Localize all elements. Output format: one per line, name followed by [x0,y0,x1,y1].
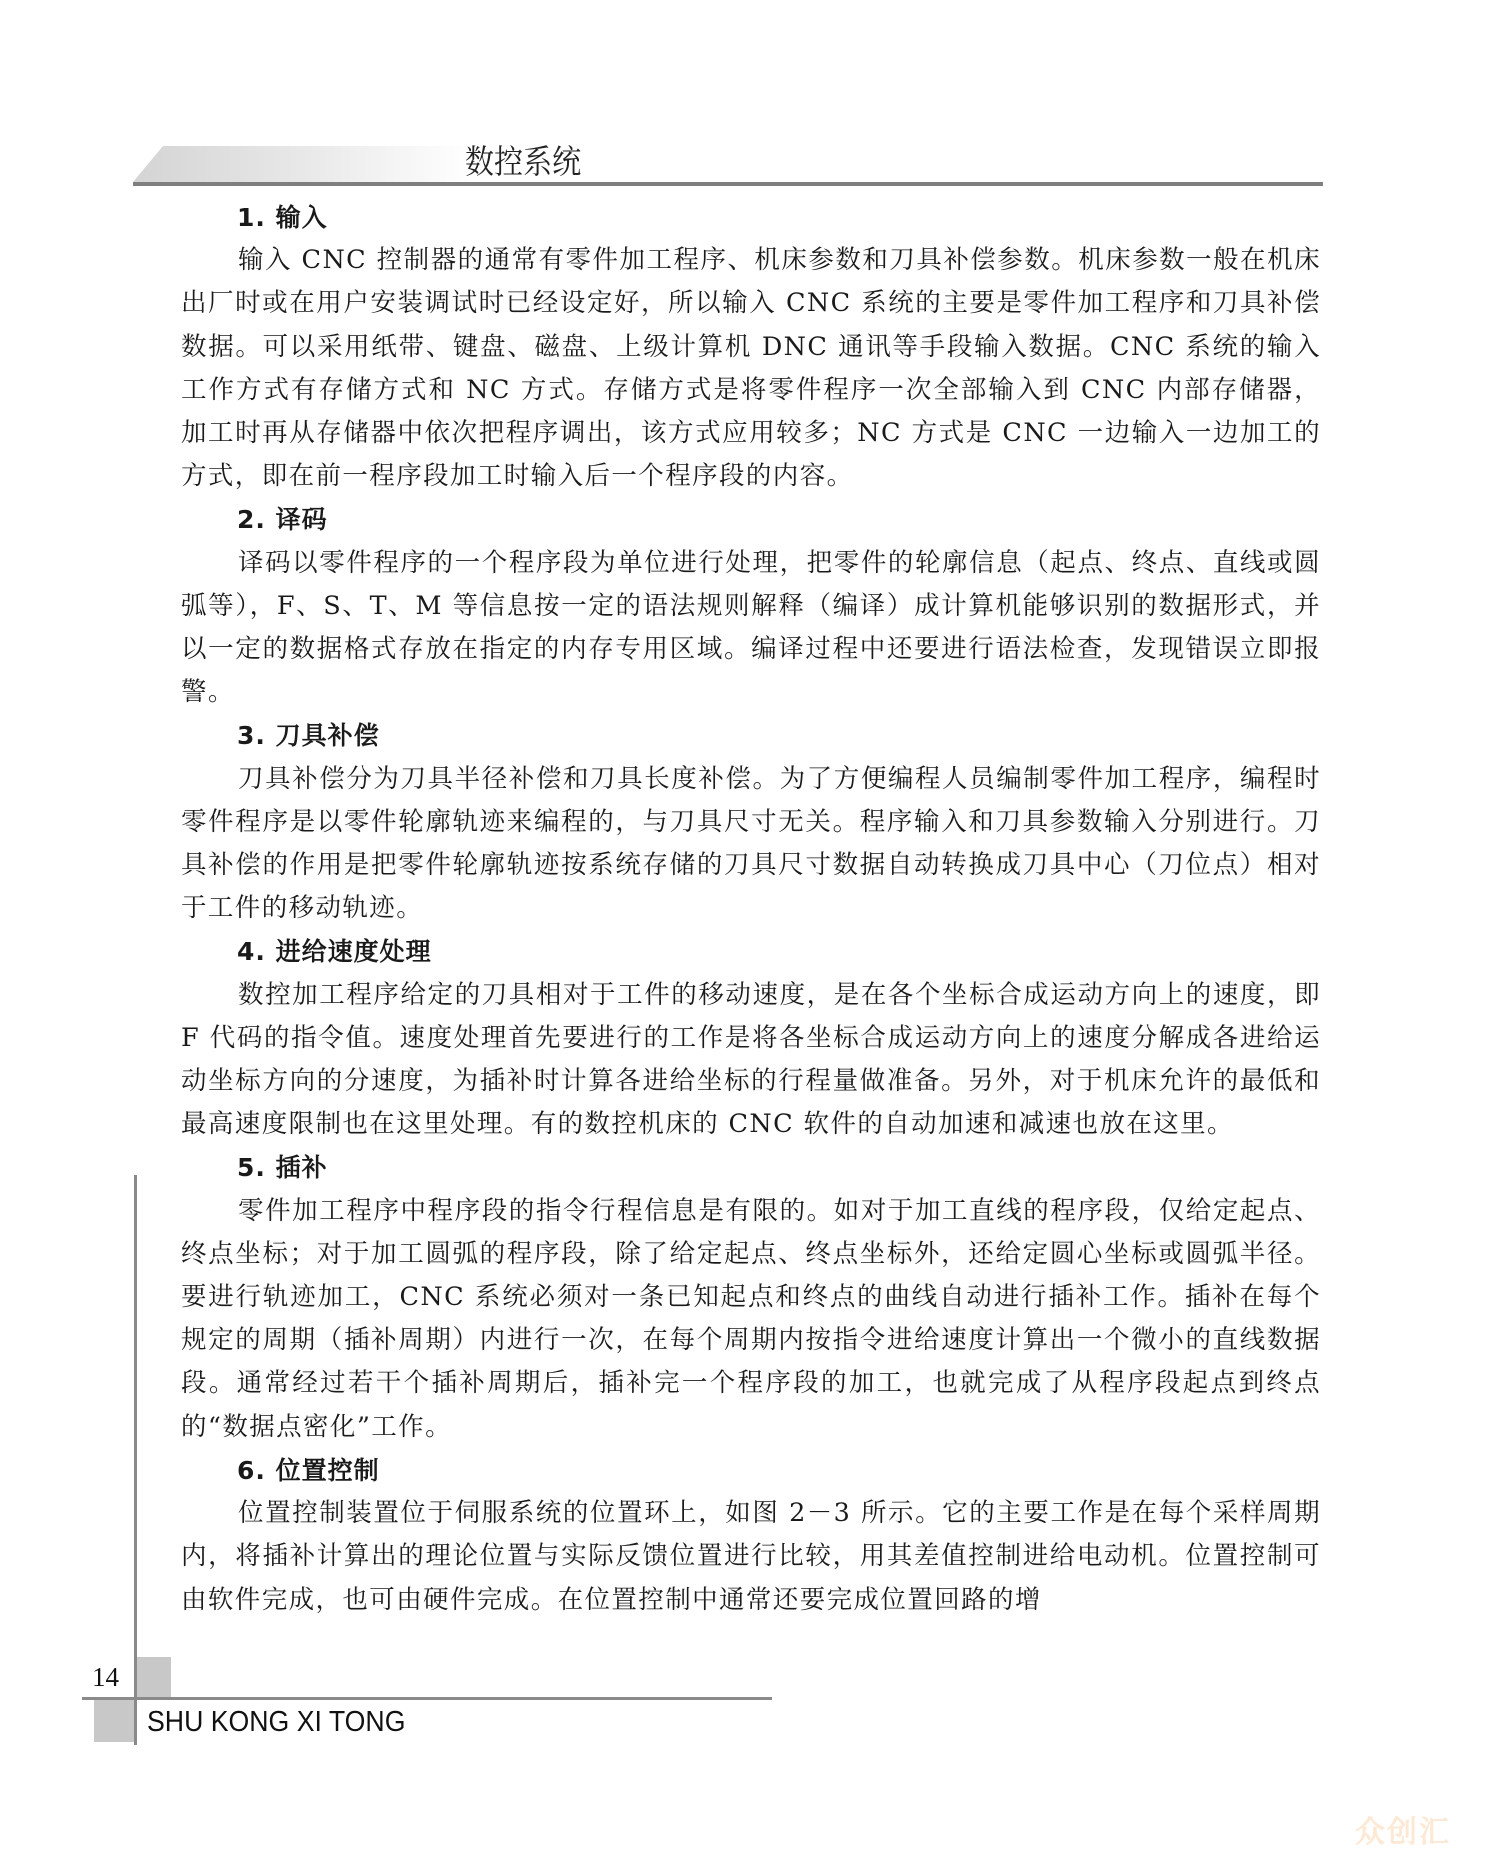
watermark-logo: 众创汇 [1355,1815,1451,1851]
section-paragraph: 译码以零件程序的一个程序段为单位进行处理，把零件的轮廓信息（起点、终点、直线或圆… [181,542,1321,715]
footer-decorative-square [137,1657,171,1697]
section-decoding: 2. 译码 译码以零件程序的一个程序段为单位进行处理，把零件的轮廓信息（起点、终… [181,498,1321,714]
section-heading: 2. 译码 [181,498,1321,541]
section-position-control: 6. 位置控制 位置控制装置位于伺服系统的位置环上，如图 2－3 所示。它的主要… [181,1449,1321,1622]
section-paragraph: 输入 CNC 控制器的通常有零件加工程序、机床参数和刀具补偿参数。机床参数一般在… [181,239,1321,498]
section-paragraph: 位置控制装置位于伺服系统的位置环上，如图 2－3 所示。它的主要工作是在每个采样… [181,1492,1321,1622]
running-header-title: 数控系统 [465,142,581,182]
section-heading: 4. 进给速度处理 [181,930,1321,973]
section-heading: 6. 位置控制 [181,1449,1321,1492]
footer-book-title: SHU KONG XI TONG [147,1702,405,1742]
page-number: 14 [92,1659,119,1695]
section-tool-compensation: 3. 刀具补偿 刀具补偿分为刀具半径补偿和刀具长度补偿。为了方便编程人员编制零件… [181,714,1321,930]
section-heading: 5. 插补 [181,1146,1321,1189]
footer-rule [82,1697,772,1700]
header-rule [133,182,1323,186]
section-heading: 1. 输入 [181,196,1321,239]
section-heading: 3. 刀具补偿 [181,714,1321,757]
page-body: 1. 输入 输入 CNC 控制器的通常有零件加工程序、机床参数和刀具补偿参数。机… [181,196,1321,1622]
section-input: 1. 输入 输入 CNC 控制器的通常有零件加工程序、机床参数和刀具补偿参数。机… [181,196,1321,498]
section-paragraph: 零件加工程序中程序段的指令行程信息是有限的。如对于加工直线的程序段，仅给定起点、… [181,1190,1321,1449]
section-paragraph: 刀具补偿分为刀具半径补偿和刀具长度补偿。为了方便编程人员编制零件加工程序，编程时… [181,758,1321,931]
section-feed-speed: 4. 进给速度处理 数控加工程序给定的刀具相对于工件的移动速度，是在各个坐标合成… [181,930,1321,1146]
footer-decorative-square [94,1700,134,1742]
section-paragraph: 数控加工程序给定的刀具相对于工件的移动速度，是在各个坐标合成运动方向上的速度，即… [181,974,1321,1147]
header-decorative-band [133,146,473,182]
section-interpolation: 5. 插补 零件加工程序中程序段的指令行程信息是有限的。如对于加工直线的程序段，… [181,1146,1321,1448]
